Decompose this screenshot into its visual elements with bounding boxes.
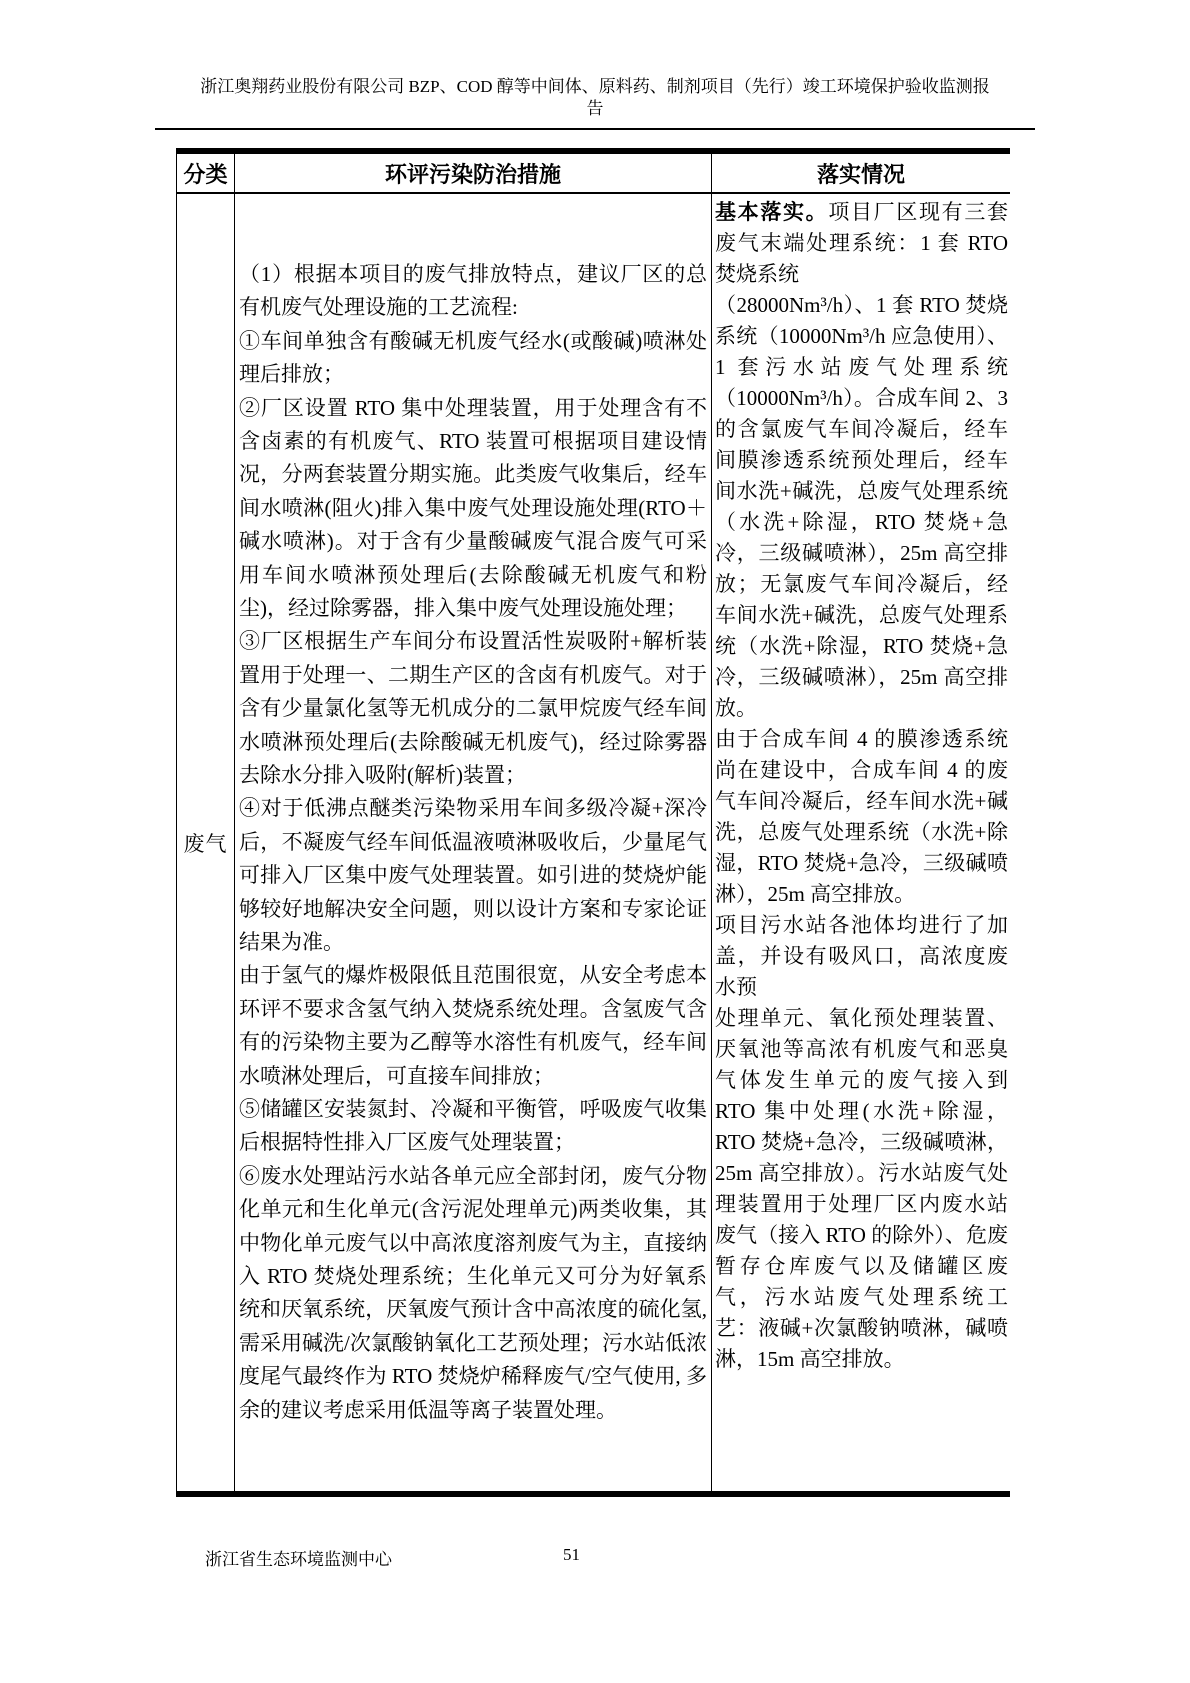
page-header-title: 浙江奥翔药业股份有限公司 BZP、COD 醇等中间体、原料药、制剂项目（先行）竣… bbox=[195, 76, 995, 120]
measure-paragraph-item5: ⑤储罐区安装氮封、冷凝和平衡管，呼吸废气收集后根据特性排入厂区废气处理装置； bbox=[239, 1093, 707, 1160]
implementation-cell: 基本落实。项目厂区现有三套废气末端处理系统：1 套 RTO 焚烧系统 （2800… bbox=[712, 194, 1010, 1491]
measure-paragraph-item4: ④对于低沸点醚类污染物采用车间多级冷凝+深冷后，不凝废气经车间低温液喷淋吸收后，… bbox=[239, 792, 707, 959]
measures-cell: （1）根据本项目的废气排放特点，建议厂区的总有机废气处理设施的工艺流程: ①车间… bbox=[235, 194, 712, 1491]
table-header-row: 分类 环评污染防治措施 落实情况 bbox=[177, 154, 1010, 194]
table-body-row: 废气 （1）根据本项目的废气排放特点，建议厂区的总有机废气处理设施的工艺流程: … bbox=[177, 194, 1010, 1491]
measure-paragraph-item6: ⑥废水处理站污水站各单元应全部封闭，废气分物化单元和生化单元(含污泥处理单元)两… bbox=[239, 1160, 707, 1427]
implementation-paragraph-1: 基本落实。项目厂区现有三套废气末端处理系统：1 套 RTO 焚烧系统 （2800… bbox=[715, 197, 1008, 724]
footer-page-number: 51 bbox=[563, 1545, 580, 1565]
measure-paragraph-item2: ②厂区设置 RTO 集中处理装置，用于处理含有不含卤素的有机废气、RTO 装置可… bbox=[239, 392, 707, 626]
header-divider-rule bbox=[155, 128, 1035, 130]
header-cell-measures: 环评污染防治措施 bbox=[235, 154, 712, 192]
measure-paragraph-item3: ③厂区根据生产车间分布设置活性炭吸附+解析装置用于处理一、二期生产区的含卤有机废… bbox=[239, 625, 707, 792]
header-cell-category: 分类 bbox=[177, 154, 235, 192]
measure-paragraph-item1: ①车间单独含有酸碱无机废气经水(或酸碱)喷淋处理后排放； bbox=[239, 325, 707, 392]
measure-paragraph-hydrogen-note: 由于氢气的爆炸极限低且范围很宽，从安全考虑本环评不要求含氢气纳入焚烧系统处理。含… bbox=[239, 959, 707, 1093]
measure-paragraph-intro: （1）根据本项目的废气排放特点，建议厂区的总有机废气处理设施的工艺流程: bbox=[239, 258, 707, 325]
implementation-paragraph-3: 项目污水站各池体均进行了加盖，并设有吸风口，高浓度废水预 处理单元、氧化预处理装… bbox=[715, 910, 1008, 1375]
header-cell-implementation: 落实情况 bbox=[712, 154, 1010, 192]
implementation-status-lead: 基本落实。 bbox=[715, 200, 828, 224]
implementation-paragraph-2: 由于合成车间 4 的膜渗透系统尚在建设中，合成车间 4 的废气车间冷凝后，经车间… bbox=[715, 724, 1008, 910]
footer-organization: 浙江省生态环境监测中心 bbox=[205, 1545, 392, 1570]
category-cell: 废气 bbox=[177, 194, 235, 1491]
implementation-paragraph-1-text: 项目厂区现有三套废气末端处理系统：1 套 RTO 焚烧系统 （28000Nm³/… bbox=[715, 200, 1008, 720]
eia-measures-table: 分类 环评污染防治措施 落实情况 废气 （1）根据本项目的废气排放特点，建议厂区… bbox=[176, 148, 1010, 1497]
category-label: 废气 bbox=[184, 828, 228, 858]
